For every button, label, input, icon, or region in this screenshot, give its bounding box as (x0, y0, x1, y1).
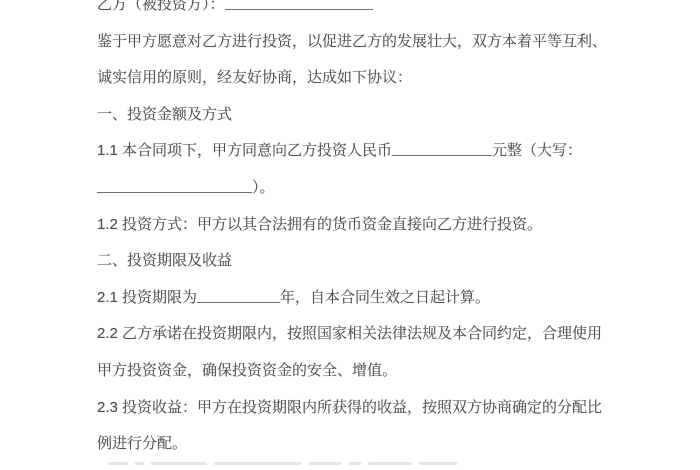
blank-underline (197, 290, 280, 303)
blank-underline (392, 143, 492, 156)
document-line: 例进行分配。 (97, 426, 667, 463)
line-text: 1.1 本合同项下，甲方同意向乙方投资人民币 (97, 142, 392, 159)
clipped-next-line-fragment (108, 462, 538, 467)
document-line: 一、投资金额及方式 (97, 97, 667, 134)
line-text: 例进行分配。 (97, 435, 187, 452)
document-line: 2.2 乙方承诺在投资期限内，按照国家相关法律法规及本合同约定，合理使用 (97, 316, 667, 353)
line-text: 乙方（被投资方）： (97, 0, 225, 13)
blank-underline (225, 0, 373, 10)
document-line: 1.2 投资方式：甲方以其合法拥有的货币资金直接向乙方进行投资。 (97, 207, 667, 244)
blank-underline (97, 180, 252, 193)
document-line: 诚实信用的原则，经友好协商，达成如下协议： (97, 60, 667, 97)
contract-body: 乙方（被投资方）：鉴于甲方愿意对乙方进行投资，以促进乙方的发展壮大，双方本着平等… (97, 0, 667, 463)
line-text: 2.3 投资收益：甲方在投资期限内所获得的收益，按照双方协商确定的分配比 (97, 399, 602, 416)
line-text: 一、投资金额及方式 (97, 106, 232, 123)
line-text: 1.2 投资方式：甲方以其合法拥有的货币资金直接向乙方进行投资。 (97, 216, 542, 233)
line-text: 2.1 投资期限为 (97, 289, 197, 306)
line-text: 甲方投资资金，确保投资资金的安全、增值。 (97, 362, 397, 379)
document-line: 1.1 本合同项下，甲方同意向乙方投资人民币元整（大写： (97, 133, 667, 170)
line-text: 2.2 乙方承诺在投资期限内，按照国家相关法律法规及本合同约定，合理使用 (97, 325, 602, 342)
document-line: 二、投资期限及收益 (97, 243, 667, 280)
document-line: 乙方（被投资方）： (97, 0, 667, 24)
line-text: ）。 (252, 179, 275, 196)
document-line: ）。 (97, 170, 667, 207)
document-line: 鉴于甲方愿意对乙方进行投资，以促进乙方的发展壮大，双方本着平等互利、 (97, 24, 667, 61)
document-line: 2.1 投资期限为年，自本合同生效之日起计算。 (97, 280, 667, 317)
line-text: 年，自本合同生效之日起计算。 (280, 289, 490, 306)
line-text: 鉴于甲方愿意对乙方进行投资，以促进乙方的发展壮大，双方本着平等互利、 (97, 33, 607, 50)
line-text: 元整（大写： (492, 142, 582, 159)
document-line: 甲方投资资金，确保投资资金的安全、增值。 (97, 353, 667, 390)
line-text: 二、投资期限及收益 (97, 252, 232, 269)
line-text: 诚实信用的原则，经友好协商，达成如下协议： (97, 69, 412, 86)
document-line: 2.3 投资收益：甲方在投资期限内所获得的收益，按照双方协商确定的分配比 (97, 390, 667, 427)
contract-page: 乙方（被投资方）：鉴于甲方愿意对乙方进行投资，以促进乙方的发展壮大，双方本着平等… (0, 0, 700, 470)
